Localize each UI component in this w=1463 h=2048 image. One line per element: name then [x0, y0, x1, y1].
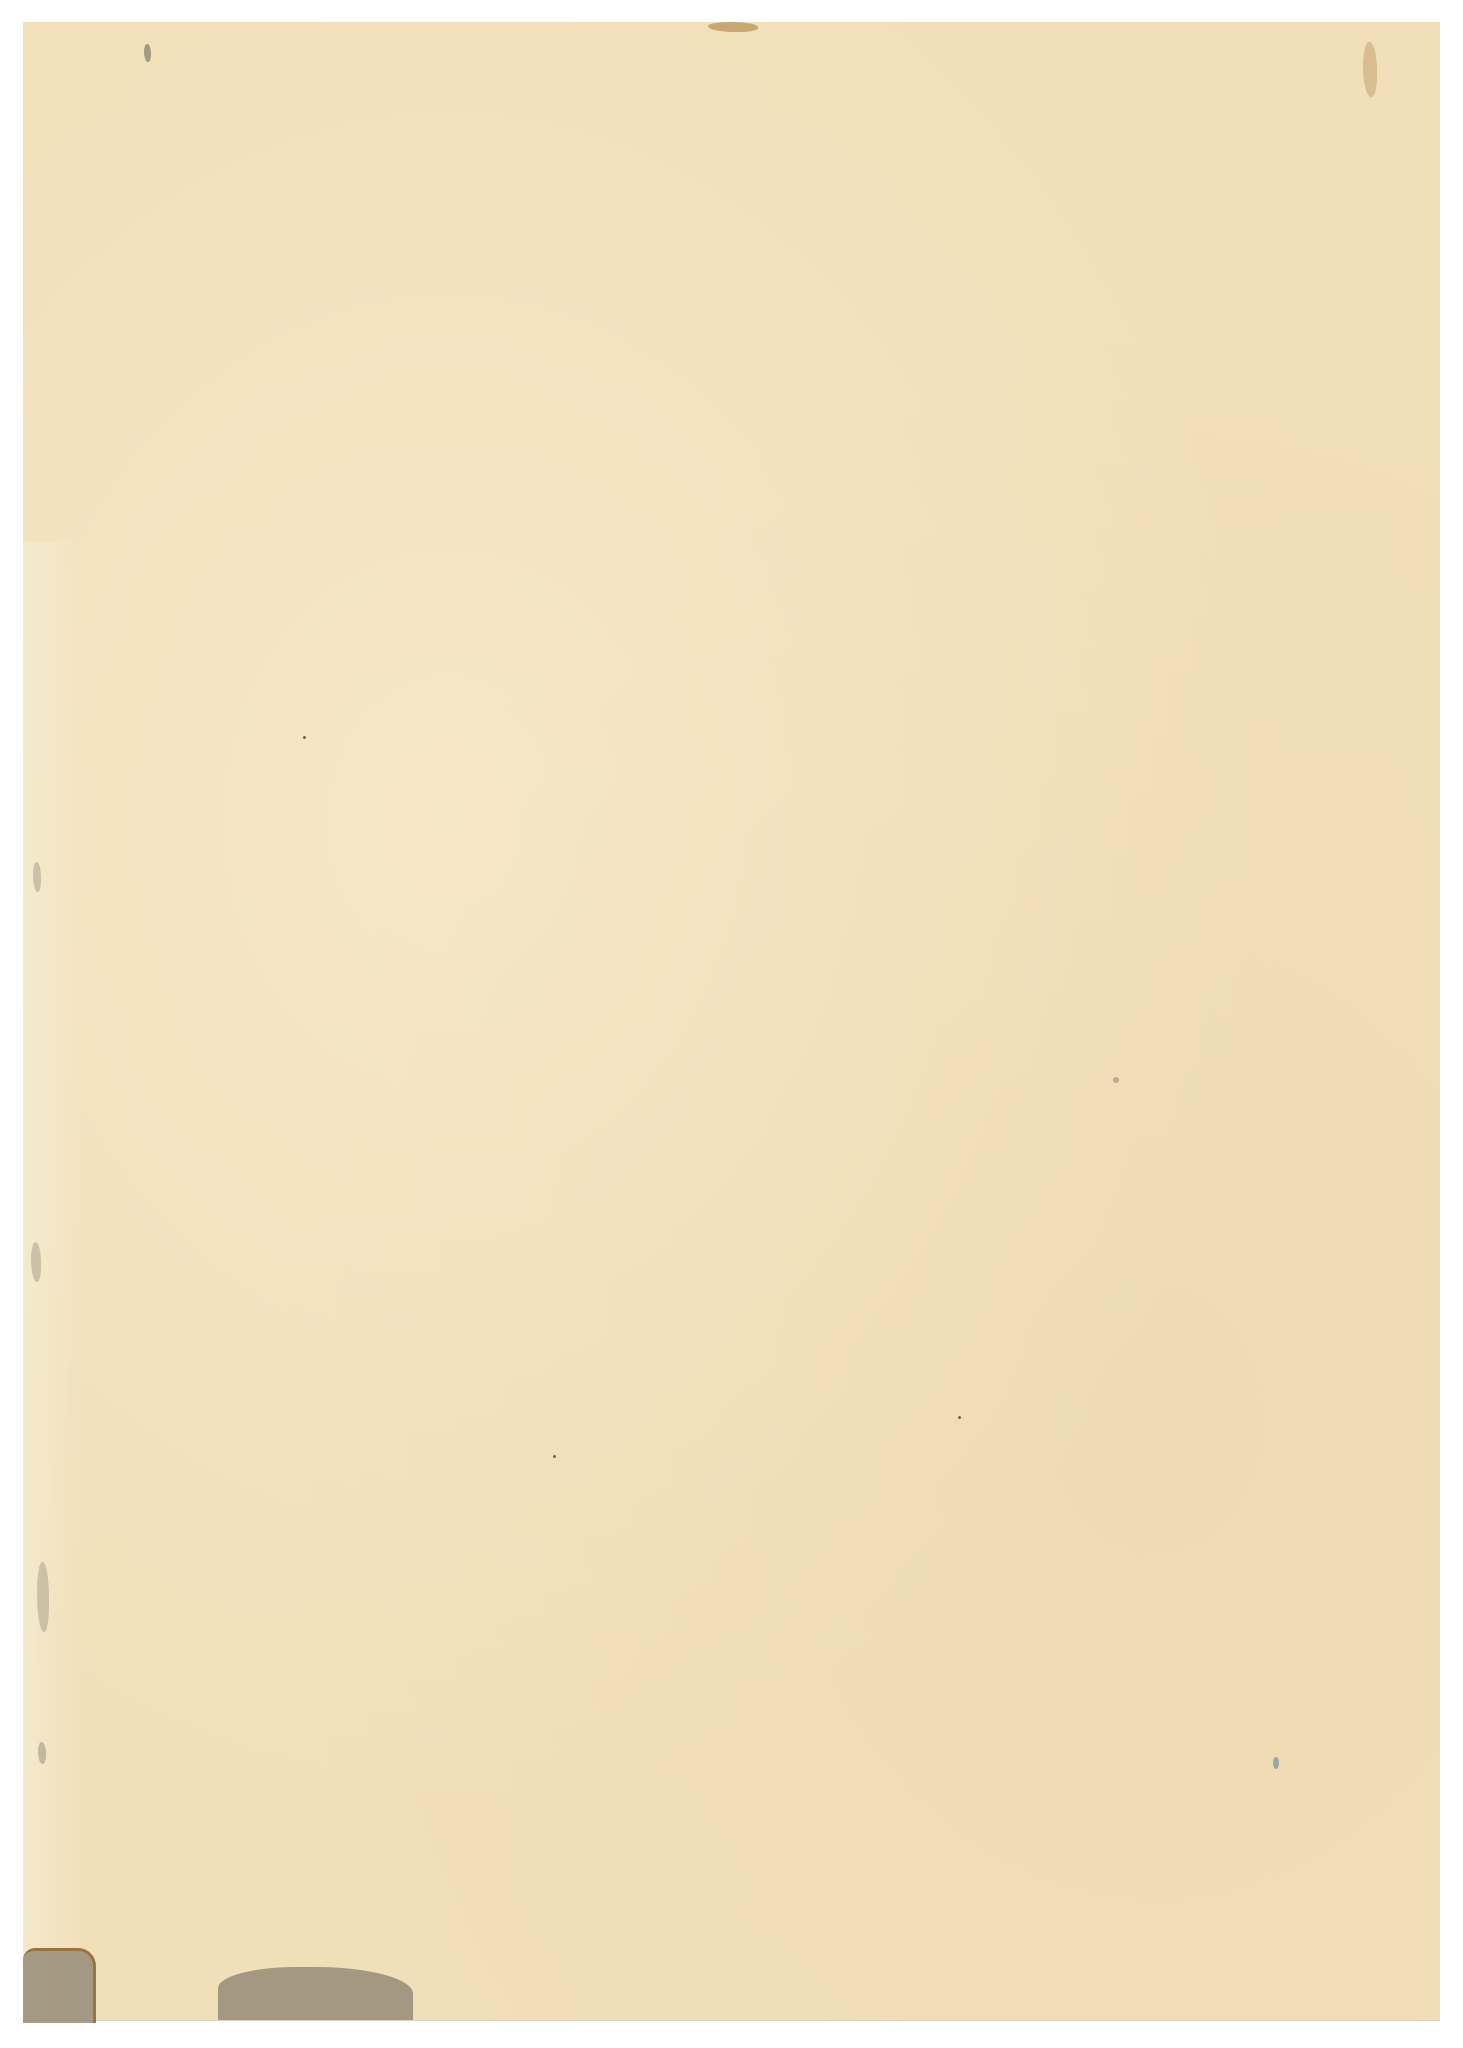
stain-top-right [1363, 42, 1377, 97]
stain-top-center [708, 22, 758, 32]
stain-left-1 [33, 862, 41, 892]
stain-left-4 [38, 1742, 46, 1764]
speck [1273, 1757, 1279, 1769]
stain-bottom-center [218, 1967, 413, 2020]
speck [958, 1416, 961, 1419]
stain-left-2 [31, 1242, 41, 1282]
worn-left-edge [23, 542, 83, 2020]
stain-bottom-left-corner [23, 1948, 96, 2023]
speck [1113, 1077, 1119, 1083]
stain-left-3 [37, 1562, 49, 1632]
paper-sheet [23, 22, 1440, 2020]
stain-top-left [144, 44, 151, 62]
speck [553, 1455, 556, 1458]
speck [303, 736, 306, 739]
